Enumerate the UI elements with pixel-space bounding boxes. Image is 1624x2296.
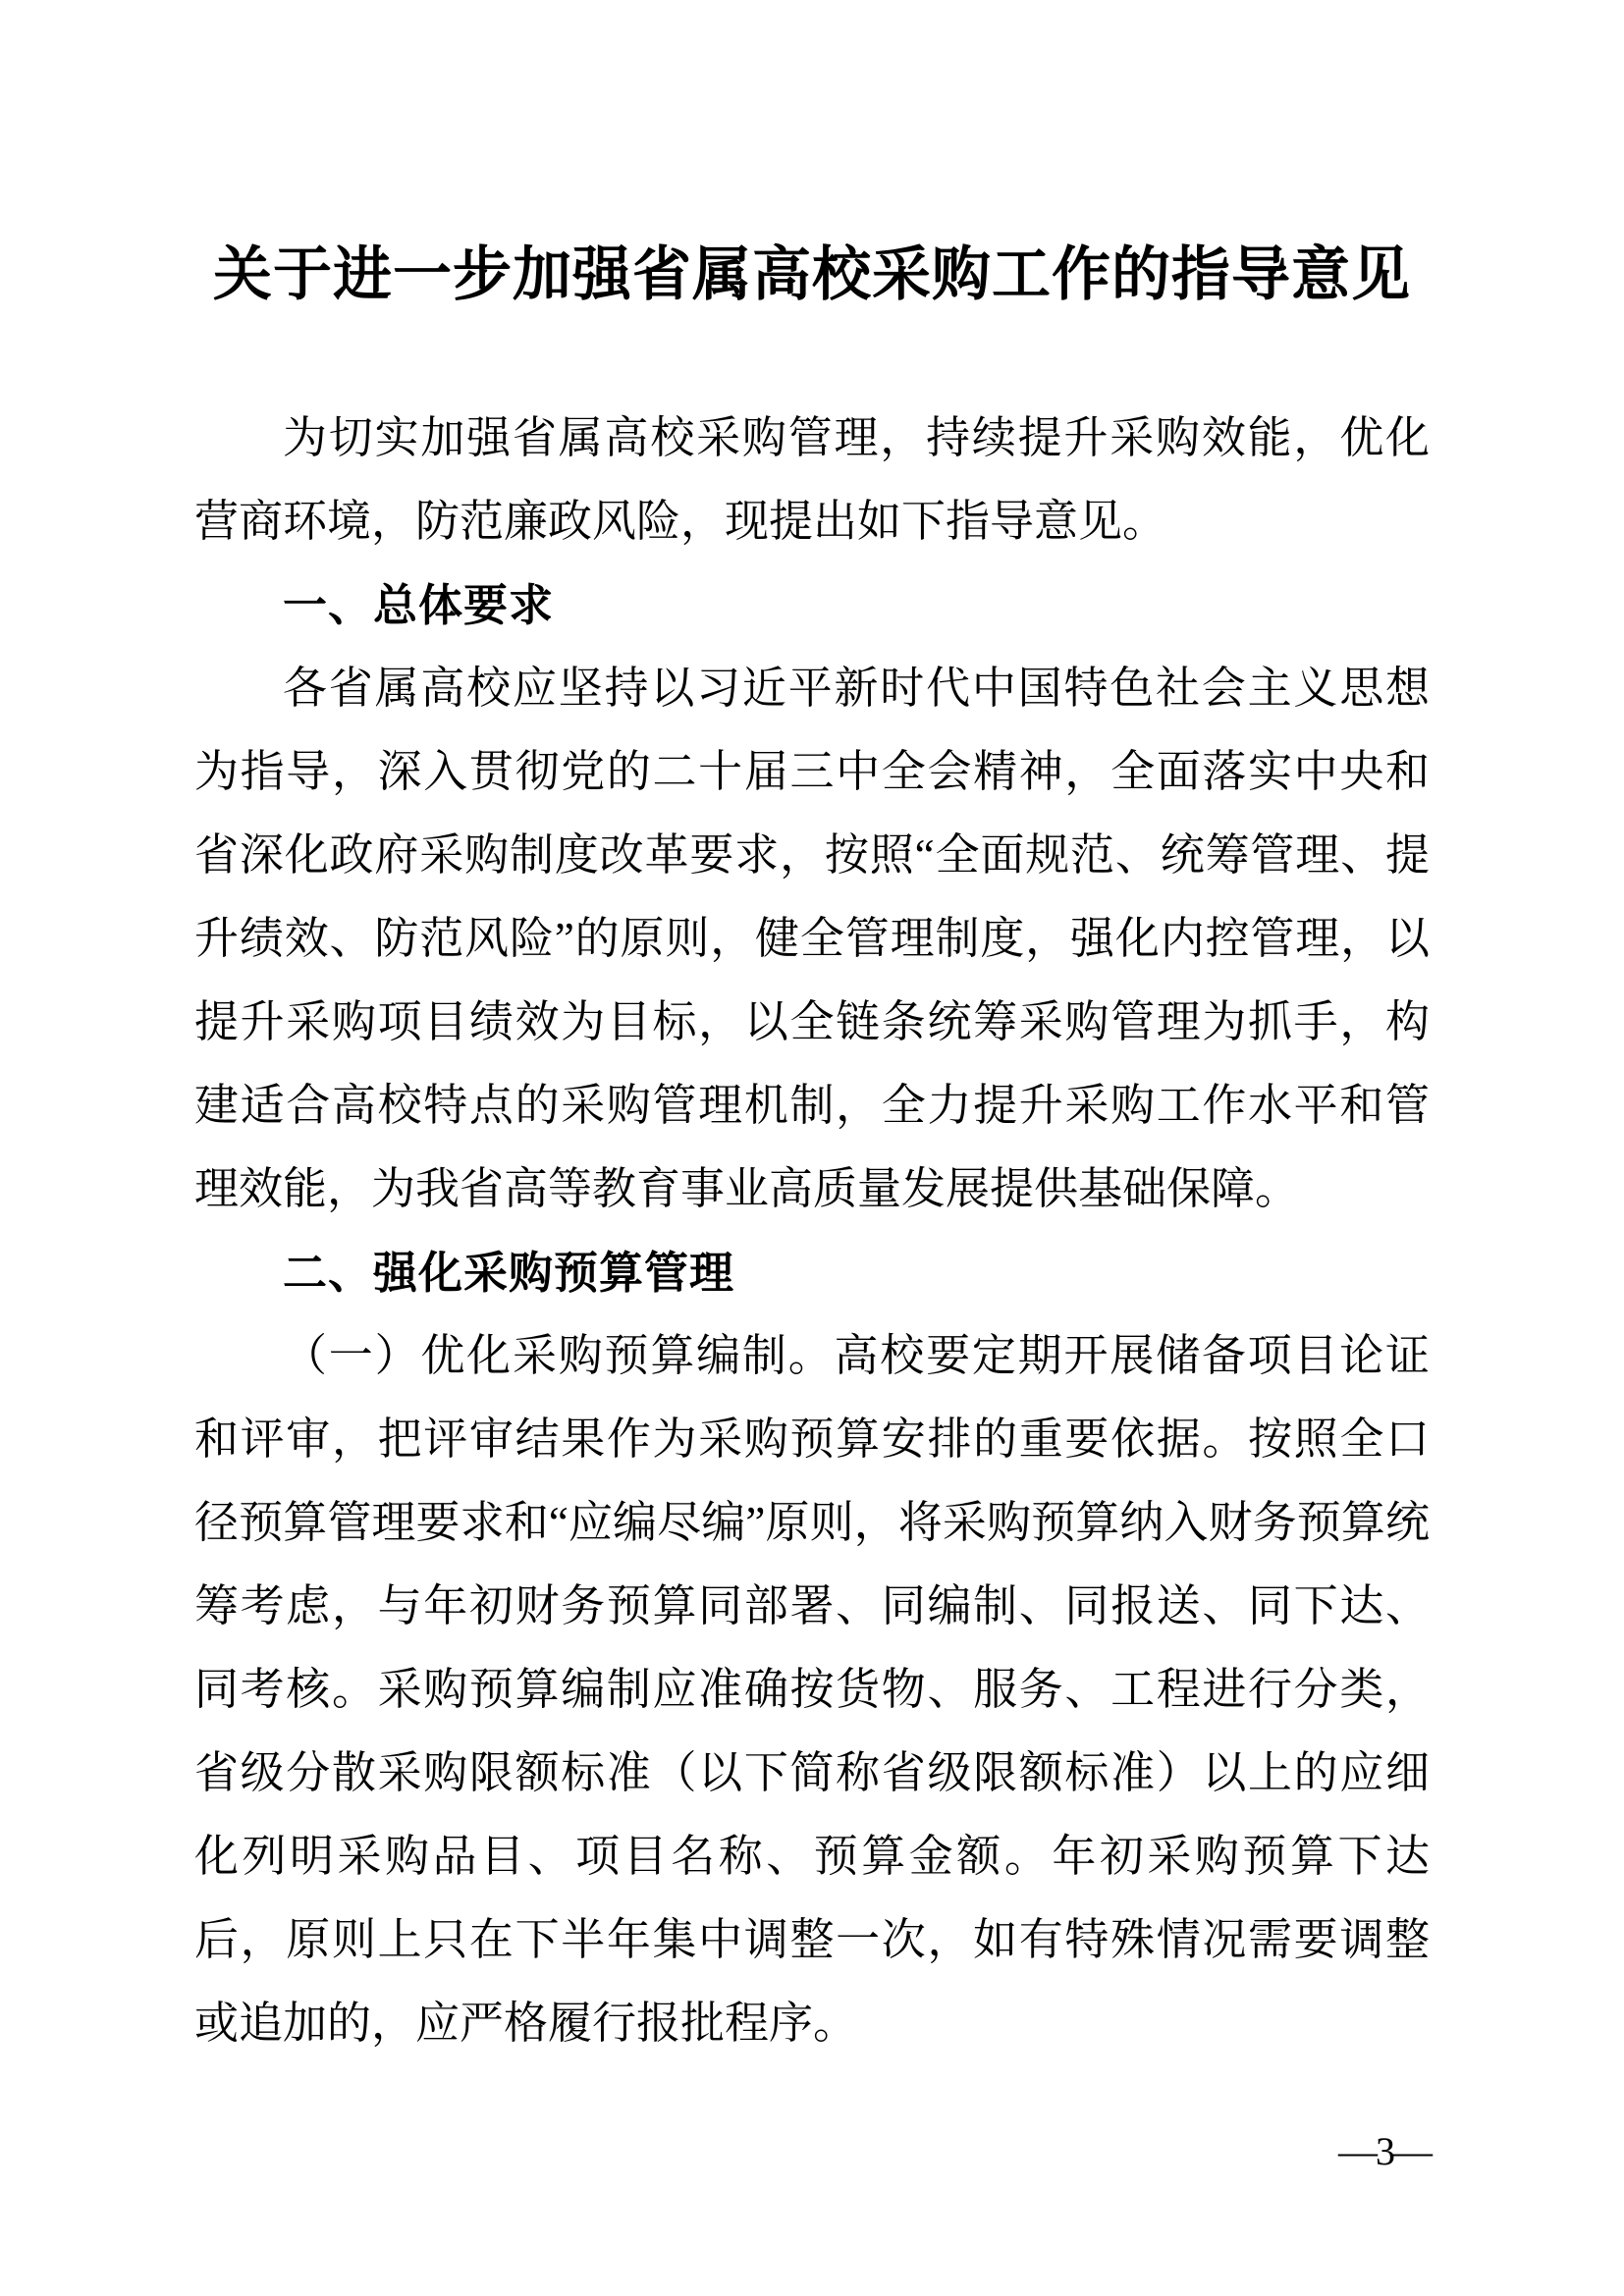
- section-heading-budget-management: 二、强化采购预算管理: [194, 1231, 1430, 1314]
- document-title: 关于进一步加强省属高校采购工作的指导意见: [194, 0, 1430, 312]
- document-content: 关于进一步加强省属高校采购工作的指导意见 为切实加强省属高校采购管理，持续提升采…: [0, 0, 1624, 2065]
- paragraph-general-requirements: 各省属高校应坚持以习近平新时代中国特色社会主义思想为指导，深入贯彻党的二十届三中…: [194, 647, 1430, 1231]
- section-heading-general-requirements: 一、总体要求: [194, 563, 1430, 647]
- page-number: —3—: [1338, 2129, 1431, 2173]
- page-footer: —3—: [1338, 2128, 1431, 2175]
- intro-paragraph: 为切实加强省属高校采购管理，持续提升采购效能，优化营商环境，防范廉政风险，现提出…: [194, 397, 1430, 563]
- document-page: 关于进一步加强省属高校采购工作的指导意见 为切实加强省属高校采购管理，持续提升采…: [0, 0, 1624, 2296]
- paragraph-budget-management: （一）优化采购预算编制。高校要定期开展储备项目论证和评审，把评审结果作为采购预算…: [194, 1314, 1430, 2065]
